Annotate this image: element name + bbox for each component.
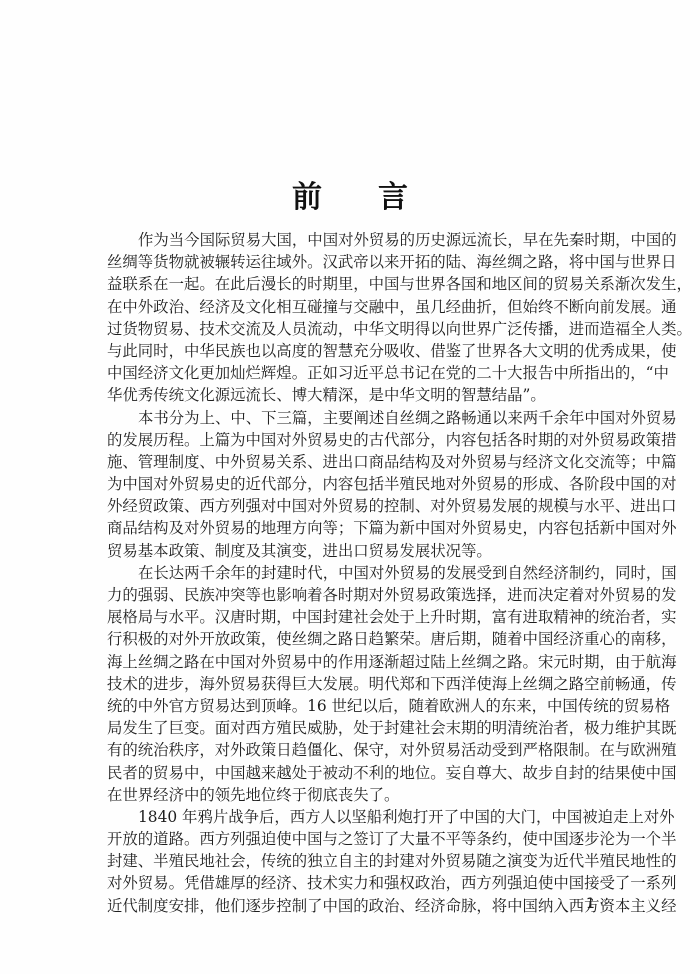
- text-line: 施、管理制度、中外贸易关系、进出口商品结构及对外贸易与经济文化交流等；中篇: [107, 451, 615, 473]
- text-line: 近代制度安排，他们逐步控制了中国的政治、经济命脉，将中国纳入西方资本主义经: [107, 895, 615, 917]
- text-line: 对外贸易。凭借雄厚的经济、技术实力和强权政治，西方列强迫使中国接受了一系列: [107, 872, 615, 894]
- text-line: 中国经济文化更加灿烂辉煌。正如习近平总书记在党的二十大报告中所指出的，“中: [107, 362, 615, 384]
- page-number: 1 ···: [586, 896, 613, 912]
- text-line: 开放的道路。西方列强迫使中国与之签订了大量不平等条约，使中国逐步沦为一个半: [107, 828, 615, 850]
- paragraph-3: 在长达两千余年的封建时代，中国对外贸易的发展受到自然经济制约，同时，国 力的强弱…: [107, 562, 615, 806]
- text-line: 行积极的对外开放政策，使丝绸之路日趋繁荣。唐后期，随着中国经济重心的南移，: [107, 628, 615, 650]
- text-line: 封建、半殖民地社会，传统的独立自主的封建对外贸易随之演变为近代半殖民地性的: [107, 850, 615, 872]
- text-line: 华优秀传统文化源远流长、博大精深，是中华文明的智慧结晶”。: [107, 384, 615, 406]
- text-line: 技术的进步，海外贸易获得巨大发展。明代郑和下西洋使海上丝绸之路空前畅通，传: [107, 673, 615, 695]
- paragraph-2: 本书分为上、中、下三篇，主要阐述自丝绸之路畅通以来两千余年中国对外贸易 的发展历…: [107, 407, 615, 562]
- book-page: 前言 作为当今国际贸易大国，中国对外贸易的历史源远流长，早在先秦时期，中国的 丝…: [0, 0, 700, 974]
- text-line: 展格局与水平。汉唐时期，中国封建社会处于上升时期，富有进取精神的统治者，实: [107, 606, 615, 628]
- text-line: 作为当今国际贸易大国，中国对外贸易的历史源远流长，早在先秦时期，中国的: [107, 229, 615, 251]
- text-line: 1840 年鸦片战争后，西方人以坚船利炮打开了中国的大门，中国被迫走上对外: [107, 806, 615, 828]
- text-line: 商品结构及对外贸易的地理方向等；下篇为新中国对外贸易史，内容包括新中国对外: [107, 517, 615, 539]
- title-char-1: 前: [292, 172, 322, 216]
- text-line: 力的强弱、民族冲突等也影响着各时期对外贸易政策选择，进而决定着对外贸易的发: [107, 584, 615, 606]
- text-line: 益联系在一起。在此后漫长的时期里，中国与世界各国和地区间的贸易关系渐次发生，: [107, 273, 615, 295]
- text-line: 在中外政治、经济及文化相互碰撞与交融中，虽几经曲折，但始终不断向前发展。通: [107, 296, 615, 318]
- text-line: 民者的贸易中，中国越来越处于被动不利的地位。妄自尊大、故步自封的结果使中国: [107, 762, 615, 784]
- text-line: 为中国对外贸易史的近代部分，内容包括半殖民地对外贸易的形成、各阶段中国的对: [107, 473, 615, 495]
- preface-body: 作为当今国际贸易大国，中国对外贸易的历史源远流长，早在先秦时期，中国的 丝绸等货…: [107, 229, 615, 917]
- text-line: 有的统治秩序，对外政策日趋僵化、保守，对外贸易活动受到严格限制。在与欧洲殖: [107, 739, 615, 761]
- text-line: 在世界经济中的领先地位终于彻底丧失了。: [107, 784, 615, 806]
- text-line: 外经贸政策、西方列强对中国对外贸易的控制、对外贸易发展的规模与水平、进出口: [107, 495, 615, 517]
- text-line: 丝绸等货物就被辗转运往域外。汉武帝以来开拓的陆、海丝绸之路，将中国与世界日: [107, 251, 615, 273]
- text-line: 的发展历程。上篇为中国对外贸易史的古代部分，内容包括各时期的对外贸易政策措: [107, 429, 615, 451]
- text-line: 统的中外官方贸易达到顶峰。16 世纪以后，随着欧洲人的东来，中国传统的贸易格: [107, 695, 615, 717]
- text-line: 局发生了巨变。面对西方殖民威胁，处于封建社会末期的明清统治者，极力维护其既: [107, 717, 615, 739]
- page-title: 前言: [0, 172, 700, 216]
- title-char-2: 言: [378, 172, 408, 216]
- paragraph-1: 作为当今国际贸易大国，中国对外贸易的历史源远流长，早在先秦时期，中国的 丝绸等货…: [107, 229, 615, 407]
- paragraph-4: 1840 年鸦片战争后，西方人以坚船利炮打开了中国的大门，中国被迫走上对外 开放…: [107, 806, 615, 917]
- text-line: 本书分为上、中、下三篇，主要阐述自丝绸之路畅通以来两千余年中国对外贸易: [107, 407, 615, 429]
- text-line: 在长达两千余年的封建时代，中国对外贸易的发展受到自然经济制约，同时，国: [107, 562, 615, 584]
- text-line: 贸易基本政策、制度及其演变，进出口贸易发展状况等。: [107, 540, 615, 562]
- text-line: 与此同时，中华民族也以高度的智慧充分吸收、借鉴了世界各大文明的优秀成果，使: [107, 340, 615, 362]
- text-line: 过货物贸易、技术交流及人员流动，中华文明得以向世界广泛传播，进而造福全人类。: [107, 318, 615, 340]
- text-line: 海上丝绸之路在中国对外贸易中的作用逐渐超过陆上丝绸之路。宋元时期，由于航海: [107, 651, 615, 673]
